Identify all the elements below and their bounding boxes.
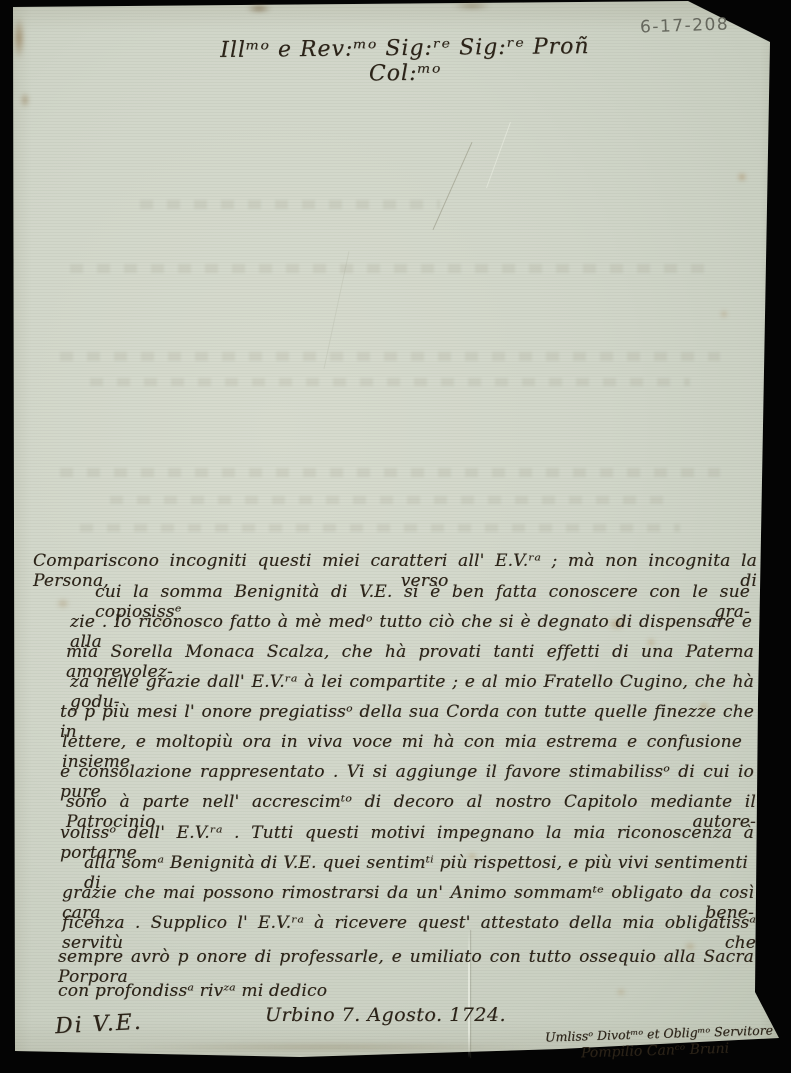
letter-line: mia Sorella Monaca Scalza, che hà provat… bbox=[66, 642, 754, 672]
letter-line: za nelle grazie dall' E.V.ʳᵃ à lei compa… bbox=[70, 672, 754, 702]
letter-line: sono à parte nell' accrescimᵗᵒ di decoro… bbox=[66, 792, 756, 822]
salutation: Illᵐᵒ e Rev:ᵐᵒ Sig:ʳᵉ Sig:ʳᵉ Proñ Col:ᵐᵒ bbox=[200, 34, 611, 88]
archival-mark: 6-17-208 bbox=[640, 14, 730, 37]
letter-line: alla somᵃ Benignità di V.E. quei sentimᵗ… bbox=[84, 853, 748, 883]
letter-line: zie . Io riconosco fatto à mè medᵒ tutto… bbox=[70, 612, 752, 642]
letter-line: e consolazione rappresentato . Vi si agg… bbox=[60, 762, 754, 792]
letter-line: ficenza . Supplico l' E.V.ʳᵃ à ricevere … bbox=[62, 913, 756, 943]
letter-line: cui la somma Benignità di V.E. si è ben … bbox=[95, 582, 750, 612]
letter-line: to p più mesi l' onore pregiatissᵒ della… bbox=[60, 702, 754, 732]
dateline: Urbino 7. Agosto. 1724. bbox=[265, 1004, 506, 1026]
closing-formula: Di V.E. bbox=[54, 1010, 143, 1040]
letter-line: Compariscono incogniti questi miei carat… bbox=[33, 551, 757, 581]
letter-line: grazie che mai possono rimostrarsi da un… bbox=[62, 883, 754, 913]
letter-line: sempre avrò p onore di professarle, e um… bbox=[58, 947, 754, 977]
letter-line: lettere, e moltopiù ora in viva voce mi … bbox=[62, 732, 742, 762]
letter-line: volissᵒ dell' E.V.ʳᵃ . Tutti questi moti… bbox=[60, 823, 754, 853]
